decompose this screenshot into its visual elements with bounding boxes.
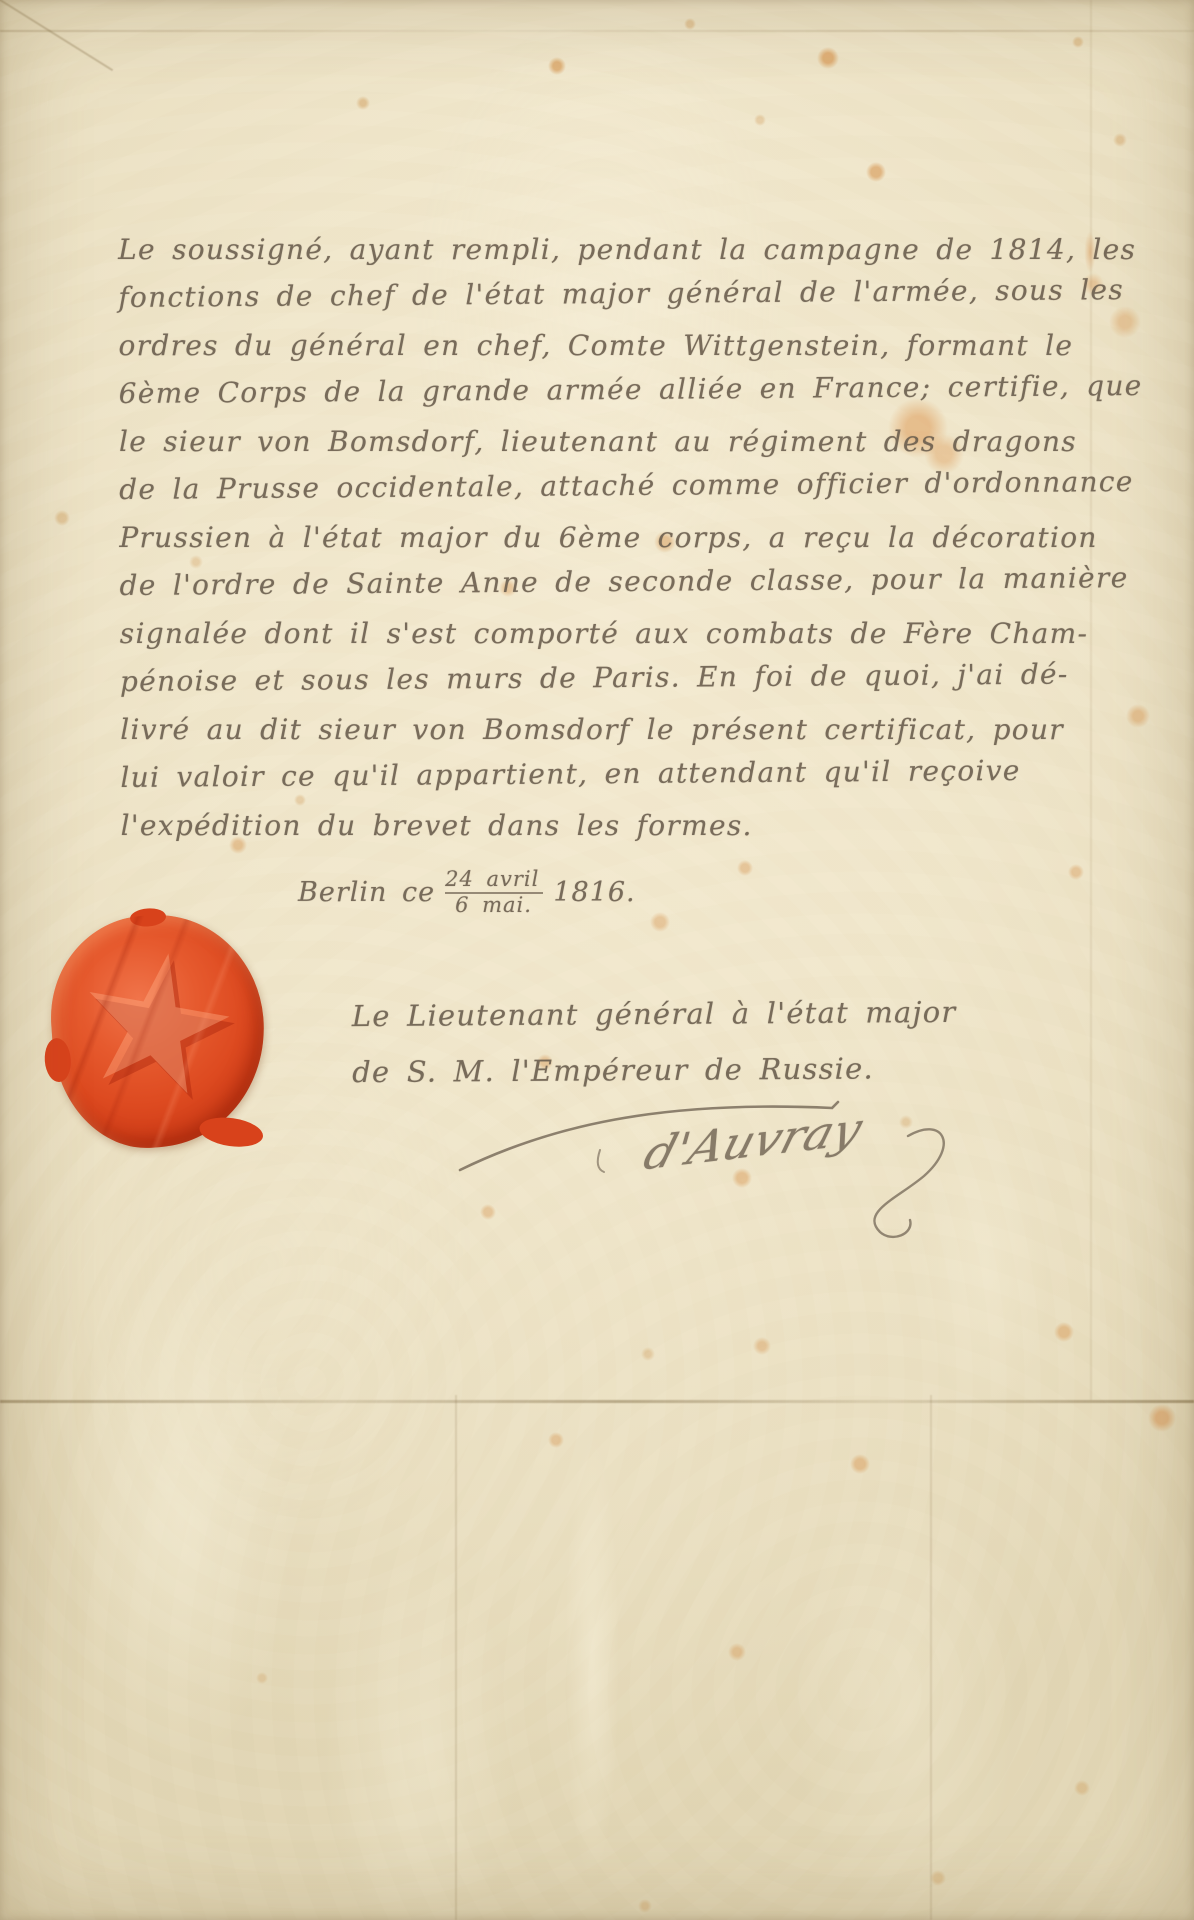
handwritten-line: de l'ordre de Sainte Anne de seconde cla… bbox=[119, 554, 1143, 610]
signature-block: d'Auvray bbox=[440, 1078, 980, 1248]
handwritten-line: de la Prusse occidentale, attaché comme … bbox=[119, 458, 1143, 514]
date-julian: 24 avril bbox=[445, 868, 543, 894]
letter-body: Le soussigné, ayant rempli, pendant la c… bbox=[118, 222, 1145, 850]
handwritten-letter: Le soussigné, ayant rempli, pendant la c… bbox=[0, 0, 1194, 1920]
dateline: Berlin ce 24 avril 6 mai. 1816. bbox=[298, 868, 636, 917]
handwritten-line: pénoise et sous les murs de Paris. En fo… bbox=[120, 650, 1144, 706]
handwritten-line: lui valoir ce qu'il appartient, en atten… bbox=[120, 746, 1144, 802]
dual-calendar-date: 24 avril 6 mai. bbox=[445, 868, 543, 917]
closing-line: Le Lieutenant général à l'état major bbox=[352, 984, 957, 1044]
handwritten-line: 6ème Corps de la grande armée alliée en … bbox=[119, 362, 1143, 418]
handwritten-line: l'expédition du brevet dans les formes. bbox=[121, 802, 1145, 850]
handwritten-line: fonctions de chef de l'état major généra… bbox=[118, 266, 1142, 322]
dateline-place: Berlin ce bbox=[298, 877, 435, 908]
document-photo: Le soussigné, ayant rempli, pendant la c… bbox=[0, 0, 1194, 1920]
dateline-year: 1816. bbox=[553, 877, 635, 908]
date-gregorian: 6 mai. bbox=[445, 894, 543, 917]
